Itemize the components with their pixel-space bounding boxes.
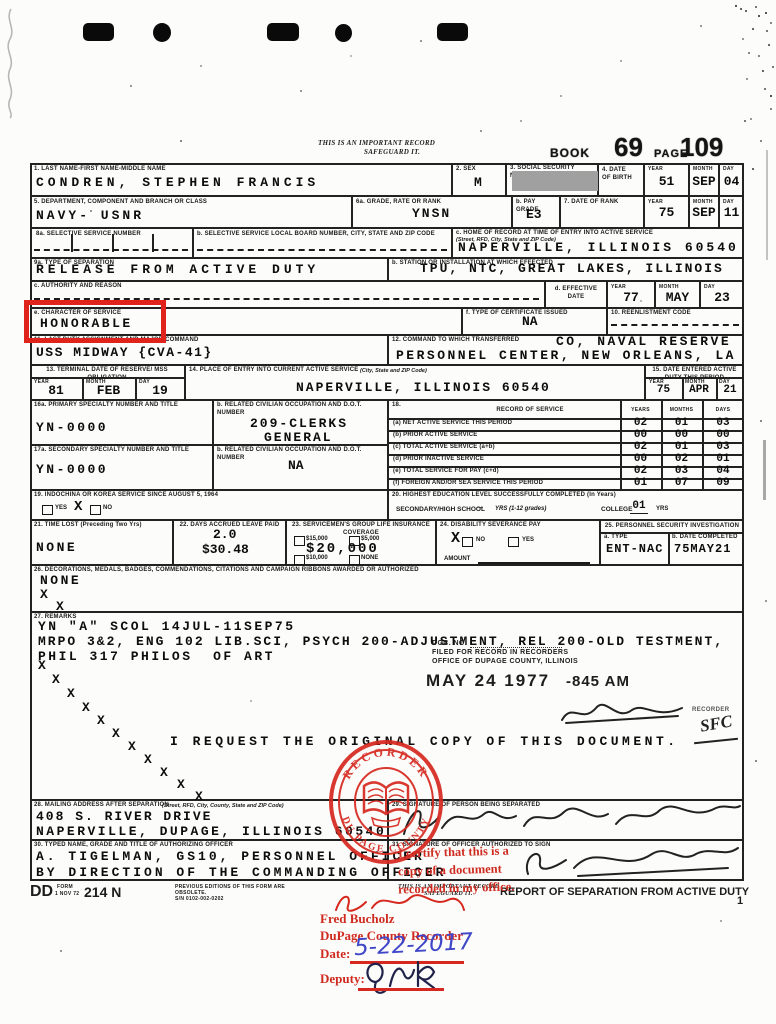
disability-yes-checkbox [508, 537, 519, 547]
box-1-label: 1. LAST NAME-FIRST NAME-MIDDLE NAME [34, 166, 334, 174]
months-col-label: MONTHS [661, 407, 702, 413]
leave-amount-value: $30.48 [202, 543, 249, 557]
box-4-label: 4. DATE OF BIRTH [602, 167, 636, 182]
college-years-value: 01 [630, 501, 648, 514]
command-transferred-line1: CO, NAVAL RESERVE [556, 335, 731, 349]
paygrade-value: E3 [526, 208, 542, 222]
ros-value: 00 [620, 430, 661, 442]
box-25-label: 25. PERSONNEL SECURITY INVESTIGATION [602, 523, 742, 531]
remarks-line: PHIL 317 PHILOS OF ART [38, 650, 275, 664]
grade-value: YNSN [412, 207, 451, 221]
sex-value: M [474, 176, 482, 190]
sgli-10000-label: $10,000 [306, 555, 328, 561]
book-stamp-number: 69 [614, 132, 643, 163]
box-13-label: 13. TERMINAL DATE OF RESERVE/ MSS OBLIGA… [32, 367, 182, 382]
stock-number: S/N 0102-002-0202 [175, 896, 224, 902]
ros-value: 03 [702, 442, 744, 454]
certify-line: copy of a document [398, 862, 502, 880]
entered-year: 75 [645, 385, 682, 397]
terminal-day: 19 [135, 384, 185, 398]
remarks-x: X [128, 739, 136, 754]
yes-checkbox [42, 505, 53, 515]
no-label: NO [103, 505, 112, 511]
deputy-label: Deputy: [320, 971, 365, 987]
form-title: REPORT OF SEPARATION FROM ACTIVE DUTY [500, 886, 749, 898]
divider [668, 532, 670, 565]
sgli-none-label: NONE [361, 555, 378, 561]
remarks-line: YN "A" SCOL 14JUL-11SEP75 [38, 620, 296, 634]
entered-month: APR [682, 385, 716, 397]
box-26-label: 26. DECORATIONS, MEDALS, BADGES, COMMEND… [34, 567, 419, 575]
remarks-line: MRPO 3&2, ENG 102 LIB.SCI, PSYCH 200-ADJ… [38, 635, 724, 649]
scan-edge-mark [766, 150, 768, 260]
certificate-value: NA [522, 315, 538, 329]
box-24-label: 24. DISABILITY SEVERANCE PAY [440, 522, 595, 530]
ros-value: 00 [661, 430, 702, 442]
home-of-record-value: NAPERVILLE, ILLINOIS 60540 [458, 241, 739, 255]
entered-day: 21 [716, 385, 744, 397]
box-14-sublabel: (City, State and ZIP Code) [360, 368, 427, 374]
ros-value: 01 [702, 454, 744, 466]
blank-dashes [611, 308, 739, 326]
ros-value: 00 [702, 430, 744, 442]
station-value: TPU, NTC, GREAT LAKES, ILLINOIS [420, 262, 724, 276]
civilian-occupation-line1: 209-CLERKS [250, 417, 348, 431]
dob-month: SEP [689, 175, 719, 189]
ros-row-label: (a) NET ACTIVE SERVICE THIS PERIOD [393, 420, 618, 428]
authorizing-officer-line2: BY DIRECTION OF THE COMMANDING OFFICER [36, 866, 446, 880]
ros-value: 00 [620, 454, 661, 466]
college-label: COLLEGE [601, 506, 632, 513]
filed-time-stamp: -845 AM [566, 673, 630, 690]
doc-no-line [470, 647, 562, 648]
box-25b-label: b. DATE COMPLETED [672, 534, 738, 542]
disability-no-label: NO [476, 537, 485, 543]
ros-value: 02 [620, 466, 661, 478]
box-16a-label: 16a. PRIMARY SPECIALTY NUMBER AND TITLE [34, 402, 184, 410]
box-12-label: 12. COMMAND TO WHICH TRANSFERRED [392, 337, 519, 345]
recorder-signature [558, 698, 686, 726]
blank-dashes [34, 282, 539, 300]
remarks-x: X [144, 752, 152, 767]
ros-value: 04 [702, 466, 744, 478]
mailing-address-line1: 408 S. RIVER DRIVE [36, 810, 212, 824]
box-21-label: 21. TIME LOST (Preceding Two Yrs) [34, 522, 169, 530]
pencil-scribble [2, 6, 20, 120]
effective-year: 77 [607, 291, 655, 305]
ros-value: 03 [702, 418, 744, 430]
disability-no-checkbox [462, 537, 473, 547]
box-17a-label: 17a. SECONDARY SPECIALTY NUMBER AND TITL… [34, 447, 199, 455]
remarks-x: X [82, 700, 90, 715]
ros-value: 02 [620, 442, 661, 454]
remarks-x: X [67, 686, 75, 701]
box-7-label: 7. DATE OF RANK [564, 199, 624, 207]
time-lost-value: NONE [36, 541, 77, 555]
box-14-label: 14. PLACE OF ENTRY INTO CURRENT ACTIVE S… [189, 367, 358, 375]
box-9f-label: f. TYPE OF CERTIFICATE ISSUED [466, 310, 568, 318]
days-col-label: DAYS [702, 407, 744, 413]
decorations-line: X [40, 588, 48, 602]
sgli-15000-checkbox [294, 536, 305, 546]
box-25a-label: a. TYPE [604, 534, 628, 542]
doc-no-label: DOC. NO. [432, 640, 467, 647]
sgli-none-checkbox [349, 555, 360, 565]
box-18-number: 18. [392, 402, 401, 410]
remarks-x: X [195, 789, 203, 804]
command-transferred-line2: PERSONNEL CENTER, NEW ORLEANS, LA [396, 349, 736, 363]
primary-specialty-value: YN-0000 [36, 421, 108, 435]
terminal-month: FEB [82, 384, 135, 398]
ros-value: 01 [620, 478, 661, 490]
dd214-scanned-page: THIS IS AN IMPORTANT RECORD SAFEGUARD IT… [0, 0, 776, 1024]
punch-mark [267, 23, 299, 41]
ros-value: 02 [661, 454, 702, 466]
ros-row-label: (c) TOTAL ACTIVE SERVICE (a+b) [393, 444, 618, 452]
box-2-label: 2. SEX [456, 166, 476, 174]
box-5-label: 5. DEPARTMENT, COMPONENT AND BRANCH OR C… [34, 199, 334, 207]
years-col-label: YEARS [620, 407, 661, 413]
punch-mark [83, 23, 114, 41]
day-col-label: DAY [723, 166, 734, 172]
rank-day: 11 [719, 206, 744, 220]
place-of-entry-value: NAPERVILLE, ILLINOIS 60540 [296, 381, 551, 395]
ros-value: 01 [661, 442, 702, 454]
decorations-line: NONE [40, 574, 81, 588]
ros-row-label: (b) PRIOR ACTIVE SERVICE [393, 432, 618, 440]
effective-day: 23 [700, 291, 744, 305]
deputy-initials-signature [360, 952, 440, 1000]
character-of-service-highlight [24, 300, 166, 343]
yes-label: YES [55, 505, 67, 511]
school-label: SECONDARY/HIGH SCHOOL [396, 506, 485, 513]
ros-value: 03 [661, 466, 702, 478]
branch-value: NAVY- USNR [36, 209, 144, 223]
decorations-line: X [56, 600, 64, 614]
box-28-sublabel: (Street, RFD, City, County, State and ZI… [162, 803, 284, 809]
book-stamp-label: BOOK [550, 146, 590, 160]
important-record-notice-line2: SAFEGUARD IT. [364, 148, 420, 156]
dob-day: 04 [719, 175, 744, 189]
open-book-icon [364, 782, 408, 827]
remarks-x: X [112, 726, 120, 741]
sgli-10000-checkbox [294, 555, 305, 565]
dob-year: 51 [644, 175, 689, 189]
date-label: Date: [320, 946, 350, 962]
ssn-redaction [512, 171, 598, 191]
year-col-label: YEAR [648, 166, 663, 172]
remarks-x: X [160, 765, 168, 780]
secondary-specialty-value: YN-0000 [36, 463, 108, 477]
last-duty-value: USS MIDWAY {CVA-41} [36, 346, 213, 360]
yrs-note: YRS (1-12 grades) [495, 506, 546, 512]
school-blank: — [477, 505, 483, 511]
remarks-x: X [177, 777, 185, 792]
remarks-x: X [52, 672, 60, 687]
ros-value: 09 [702, 478, 744, 490]
punch-mark [437, 23, 468, 41]
amount-underline [478, 562, 590, 564]
punch-hole [153, 23, 171, 42]
ros-row-label: (f) FOREIGN AND/OR SEA SERVICE THIS PERI… [393, 480, 618, 488]
dd-form-edition: 1 NOV 72 [55, 891, 79, 897]
blank-dashes [197, 233, 447, 251]
officer-signature [518, 838, 744, 884]
ros-row-label: (e) TOTAL SERVICE FOR PAY (c+d) [393, 468, 618, 476]
ros-value: 02 [620, 418, 661, 430]
rank-month: SEP [689, 206, 719, 220]
disability-yes-label: YES [522, 537, 534, 543]
terminal-year: 81 [30, 384, 82, 398]
punch-hole [335, 24, 352, 42]
rank-year: 75 [644, 206, 689, 220]
leave-days-value: 2.0 [213, 528, 236, 542]
important-record-notice-line1: THIS IS AN IMPORTANT RECORD [318, 139, 435, 147]
no-x-mark: X [74, 499, 82, 515]
recorder-name: Fred Bucholz [320, 911, 395, 927]
box-19-label: 19. INDOCHINA OR KOREA SERVICE SINCE AUG… [34, 492, 218, 500]
ros-value: 07 [661, 478, 702, 490]
amount-label: AMOUNT [444, 556, 470, 562]
disability-no-x: X [451, 530, 460, 547]
name-value: CONDREN, STEPHEN FRANCIS [36, 176, 319, 190]
scan-noise-specks [0, 0, 2, 2]
box-16b-label: b. RELATED CIVILIAN OCCUPATION AND D.O.T… [217, 402, 367, 417]
no-checkbox [90, 505, 101, 515]
remarks-x: X [97, 713, 105, 728]
remarks-x: X [38, 658, 46, 673]
civilian-occupation-na: NA [288, 459, 304, 473]
month-col-label: MONTH [693, 166, 713, 172]
civilian-occupation-line2: GENERAL [264, 431, 333, 445]
box-9d-label: d. EFFECTIVE DATE [549, 286, 603, 301]
blank-dashes [34, 233, 188, 251]
dd-form-label: FORM [57, 884, 73, 890]
dd-form-prefix: DD [30, 883, 53, 901]
filed-stamp-line1: FILED FOR RECORD IN RECORDERS [432, 649, 568, 656]
ros-value: 01 [661, 418, 702, 430]
scan-edge-mark [763, 440, 766, 500]
ros-row-label: (d) PRIOR INACTIVE SERVICE [393, 456, 618, 464]
filed-date-stamp: MAY 24 1977 [426, 671, 550, 691]
filed-stamp-line2: OFFICE OF DUPAGE COUNTY, ILLINOIS [432, 658, 578, 665]
security-date-value: 75MAY21 [674, 543, 731, 556]
deputy-underline [358, 988, 444, 991]
separation-type-value: RELEASE FROM ACTIVE DUTY [36, 263, 319, 277]
box-23-label: 23. SERVICEMEN'S GROUP LIFE INSURANCE CO… [290, 522, 432, 537]
page-stamp-number: 109 [680, 132, 723, 163]
box-18-title: RECORD OF SERVICE [450, 407, 610, 415]
dd-form-number: 214 N [84, 884, 121, 900]
obsolete-note: PREVIOUS EDITIONS OF THIS FORM ARE OBSOL… [175, 884, 295, 896]
yrs-label: YRS [656, 506, 668, 512]
box-20-label: 20. HIGHEST EDUCATION LEVEL SUCCESSFULLY… [392, 492, 616, 500]
security-type-value: ENT-NAC [606, 543, 663, 556]
sheet-page-number: 1 [737, 895, 743, 907]
certify-line: I certify that this is a [398, 844, 509, 862]
effective-month: MAY [655, 291, 700, 305]
